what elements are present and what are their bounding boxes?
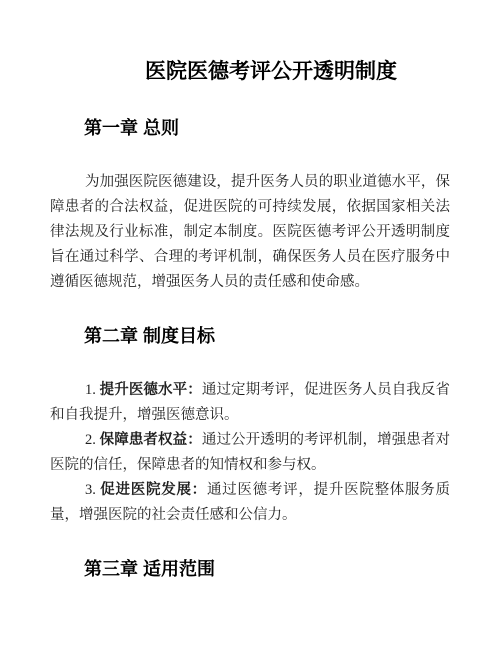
- list-item-2: 2. 保障患者权益：通过公开透明的考评机制，增强患者对医院的信任，保障患者的知情…: [50, 428, 450, 478]
- section-scope: 第三章 适用范围: [50, 557, 450, 581]
- list-item-3: 3. 促进医院发展：通过医德考评，提升医院整体服务质量，增强医院的社会责任感和公…: [50, 478, 450, 528]
- section-general-provisions: 第一章 总则 为加强医院医德建设，提升医务人员的职业道德水平，保障患者的合法权益…: [50, 116, 450, 295]
- list-item-1-label: 提升医德水平：: [100, 382, 202, 398]
- list-item-2-number: 2.: [85, 432, 100, 448]
- section-goals: 第二章 制度目标 1. 提升医德水平：通过定期考评，促进医务人员自我反省和自我提…: [50, 324, 450, 528]
- list-item-1: 1. 提升医德水平：通过定期考评，促进医务人员自我反省和自我提升，增强医德意识。: [50, 378, 450, 428]
- document-page: 医院医德考评公开透明制度 第一章 总则 为加强医院医德建设，提升医务人员的职业道…: [0, 0, 500, 647]
- chapter-3-heading: 第三章 适用范围: [50, 557, 450, 581]
- chapter-2-heading: 第二章 制度目标: [50, 324, 450, 348]
- list-item-3-number: 3.: [85, 482, 100, 498]
- chapter-1-paragraph: 为加强医院医德建设，提升医务人员的职业道德水平，保障患者的合法权益，促进医院的可…: [50, 170, 450, 295]
- list-item-3-label: 促进医院发展：: [100, 482, 207, 498]
- chapter-1-heading: 第一章 总则: [50, 116, 450, 140]
- document-title: 医院医德考评公开透明制度: [50, 57, 450, 87]
- list-item-1-number: 1.: [85, 382, 100, 398]
- list-item-2-label: 保障患者权益：: [100, 432, 202, 448]
